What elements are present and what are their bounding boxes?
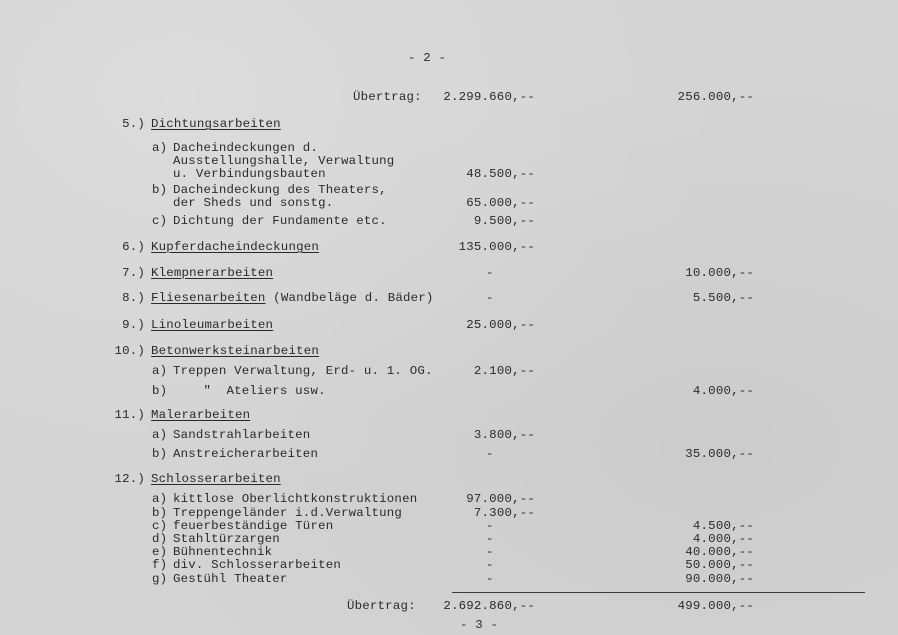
carry-out-col2: 499.000,-- [650, 599, 754, 613]
amount-col1: 3.800,-- [430, 428, 535, 442]
item-text: Ausstellungshalle, Verwaltung [173, 154, 394, 168]
item-text: Bühnentechnik [173, 545, 272, 559]
section-title: Schlosserarbeiten [151, 472, 281, 486]
amount-col2: 4.500,-- [650, 519, 754, 533]
amount-col1: - [486, 532, 494, 546]
item-letter: e) [152, 545, 167, 559]
section-title: Betonwerksteinarbeiten [151, 344, 319, 358]
section-number: 7.) [100, 266, 145, 280]
amount-col1: 65.000,-- [430, 196, 535, 210]
amount-col2: 10.000,-- [650, 266, 754, 280]
carry-out-label: Übertrag: [347, 599, 416, 613]
item-text: der Sheds und sonstg. [173, 196, 333, 210]
page-number-top: - 2 - [408, 51, 446, 65]
item-letter: b) [152, 447, 167, 461]
section-title: Klempnerarbeiten [151, 266, 273, 280]
item-letter: a) [152, 428, 167, 442]
amount-col2: 90.000,-- [650, 572, 754, 586]
amount-col1: 9.500,-- [430, 214, 535, 228]
item-text: Gestühl Theater [173, 572, 288, 586]
item-text: u. Verbindungsbauten [173, 167, 326, 181]
amount-col2: 50.000,-- [650, 558, 754, 572]
section-title: Fliesenarbeiten (Wandbeläge d. Bäder) [151, 291, 434, 305]
section-number: 12.) [100, 472, 145, 486]
sum-rule [452, 592, 865, 593]
section-title-underlined: Schlosserarbeiten [151, 472, 281, 486]
item-letter: d) [152, 532, 167, 546]
section-title: Kupferdacheindeckungen [151, 240, 319, 254]
section-number: 5.) [100, 117, 145, 131]
amount-col1: - [486, 291, 494, 305]
item-text: feuerbeständige Türen [173, 519, 333, 533]
item-text: " Ateliers usw. [173, 384, 326, 398]
item-letter: b) [152, 506, 167, 520]
document-page: - 2 - Übertrag: 2.299.660,-- 256.000,-- … [0, 0, 898, 635]
section-number: 10.) [100, 344, 145, 358]
section-title: Dichtungsarbeiten [151, 117, 281, 131]
item-letter: c) [152, 214, 167, 228]
amount-col1: - [486, 447, 494, 461]
amount-col2: 4.000,-- [650, 384, 754, 398]
item-text: Dacheindeckung des Theaters, [173, 183, 387, 197]
amount-col2: 4.000,-- [650, 532, 754, 546]
section-title-underlined: Kupferdacheindeckungen [151, 240, 319, 254]
amount-col2: 40.000,-- [650, 545, 754, 559]
section-title-underlined: Dichtungsarbeiten [151, 117, 281, 131]
amount-col1: - [486, 558, 494, 572]
amount-col1: 2.100,-- [430, 364, 535, 378]
item-text: Treppen Verwaltung, Erd- u. 1. OG. [173, 364, 433, 378]
amount-col1: 48.500,-- [430, 167, 535, 181]
section-number: 8.) [100, 291, 145, 305]
section-title: Malerarbeiten [151, 408, 250, 422]
amount-col1: - [486, 266, 494, 280]
item-letter: f) [152, 558, 167, 572]
section-title-underlined: Klempnerarbeiten [151, 266, 273, 280]
item-letter: b) [152, 384, 167, 398]
item-text: Anstreicherarbeiten [173, 447, 318, 461]
carry-out-col1: 2.692.860,-- [430, 599, 535, 613]
section-title-underlined: Malerarbeiten [151, 408, 250, 422]
section-number: 9.) [100, 318, 145, 332]
amount-col1: - [486, 545, 494, 559]
item-letter: a) [152, 364, 167, 378]
page-number-bottom: - 3 - [460, 618, 498, 632]
amount-col2: 5.500,-- [650, 291, 754, 305]
item-letter: g) [152, 572, 167, 586]
item-text: div. Schlosserarbeiten [173, 558, 341, 572]
item-letter: a) [152, 141, 167, 155]
amount-col2: 35.000,-- [650, 447, 754, 461]
item-letter: a) [152, 492, 167, 506]
section-title: Linoleumarbeiten [151, 318, 273, 332]
section-number: 11.) [100, 408, 145, 422]
carry-in-col1: 2.299.660,-- [430, 90, 535, 104]
item-letter: c) [152, 519, 167, 533]
section-number: 6.) [100, 240, 145, 254]
item-text: Dichtung der Fundamente etc. [173, 214, 387, 228]
item-letter: b) [152, 183, 167, 197]
item-text: Treppengeländer i.d.Verwaltung [173, 506, 402, 520]
amount-col1: 135.000,-- [430, 240, 535, 254]
section-title-underlined: Betonwerksteinarbeiten [151, 344, 319, 358]
item-text: kittlose Oberlichtkonstruktionen [173, 492, 417, 506]
amount-col1: - [486, 519, 494, 533]
amount-col1: 97.000,-- [430, 492, 535, 506]
section-title-underlined: Linoleumarbeiten [151, 318, 273, 332]
carry-in-col2: 256.000,-- [650, 90, 754, 104]
item-text: Stahltürzargen [173, 532, 280, 546]
item-text: Dacheindeckungen d. [173, 141, 318, 155]
amount-col1: - [486, 572, 494, 586]
amount-col1: 7.300,-- [430, 506, 535, 520]
item-text: Sandstrahlarbeiten [173, 428, 310, 442]
carry-in-label: Übertrag: [353, 90, 422, 104]
section-title-note: (Wandbeläge d. Bäder) [266, 291, 434, 305]
amount-col1: 25.000,-- [430, 318, 535, 332]
section-title-underlined: Fliesenarbeiten [151, 291, 266, 305]
